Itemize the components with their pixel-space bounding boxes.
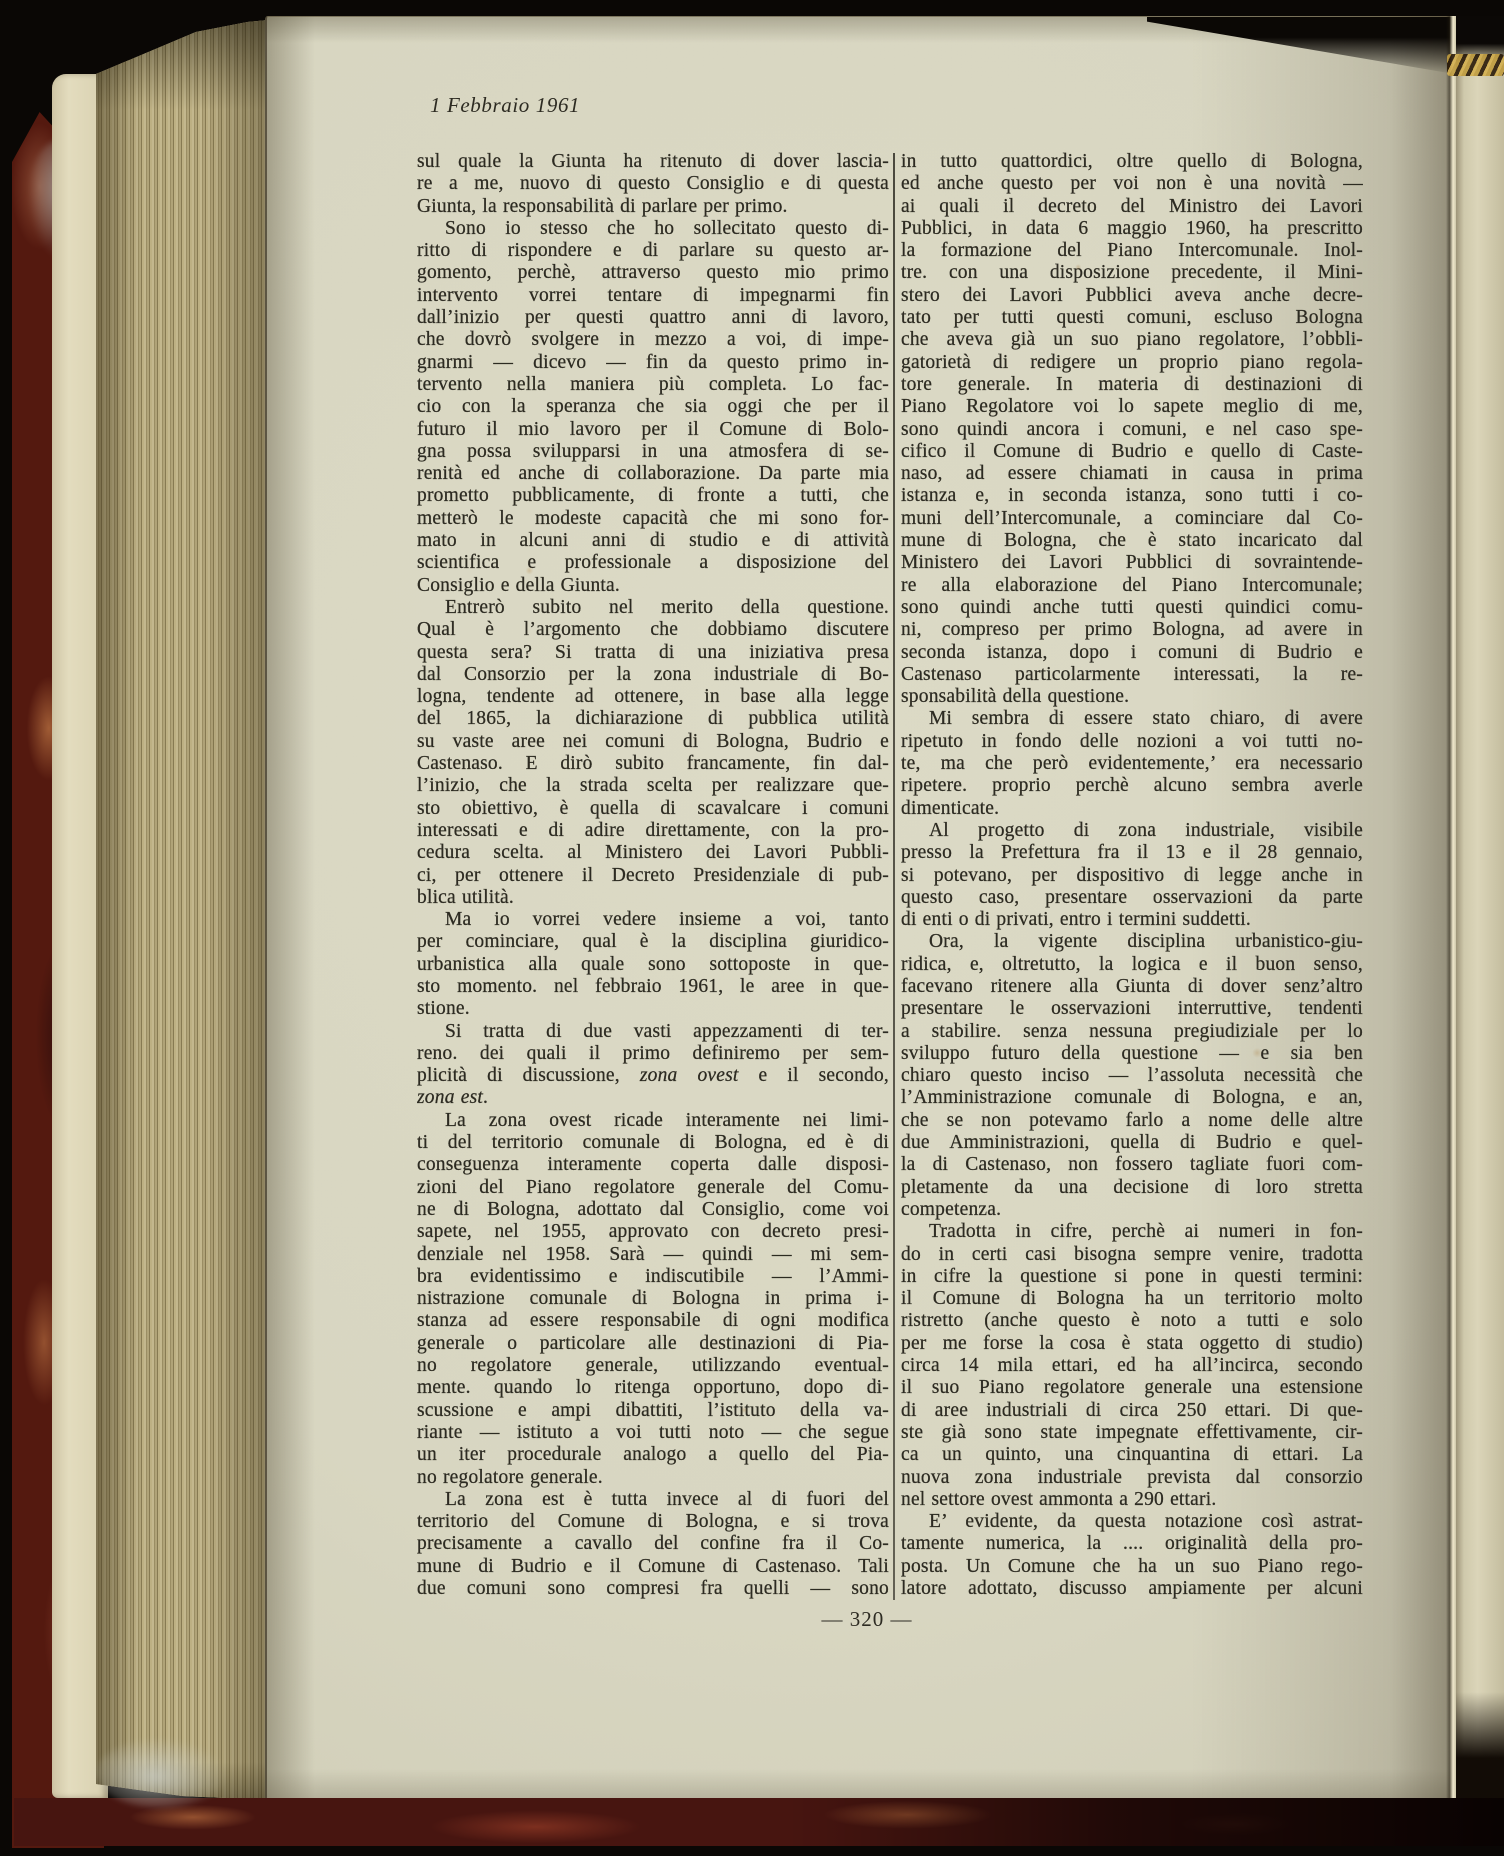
- text-line: ristretto (anche questo è noto a tutti e…: [901, 1310, 1363, 1332]
- text-line: zona est.: [417, 1087, 889, 1109]
- text-line: logna, tendente ad ottenere, in base all…: [417, 686, 889, 708]
- text-line: Si tratta di due vasti appezzamenti di t…: [417, 1021, 889, 1043]
- text-line: scussione e ampi dibattiti, l’istituto d…: [417, 1400, 889, 1422]
- text-line: Tradotta in cifre, perchè ai numeri in f…: [901, 1221, 1363, 1243]
- text-line: sul quale la Giunta ha ritenuto di dover…: [417, 151, 889, 173]
- text-line: blica utilità.: [417, 887, 889, 909]
- text-line: questa sera? Si tratta di una iniziativa…: [417, 642, 889, 664]
- text-line: Consiglio e della Giunta.: [417, 575, 889, 597]
- text-line: latore adottato, discusso ampiamente per…: [901, 1578, 1363, 1600]
- text-line: denziale nel 1958. Sarà — quindi — mi se…: [417, 1244, 889, 1266]
- text-line: plicità di discussione, zona ovest e il …: [417, 1065, 889, 1087]
- text-line: tamente numerica, la .... originalità de…: [901, 1533, 1363, 1555]
- text-line: no regolatore generale, utilizzando even…: [417, 1355, 889, 1377]
- page-top-shadow: [1147, 17, 1460, 75]
- text-line: gatorietà di redigere un proprio piano r…: [901, 352, 1363, 374]
- text-line: Pubblici, in data 6 maggio 1960, ha pres…: [901, 218, 1363, 240]
- text-line: il suo Piano regolatore generale una est…: [901, 1377, 1363, 1399]
- text-line: Al progetto di zona industriale, visibil…: [901, 820, 1363, 842]
- page-header-date: 1 Febbraio 1961: [430, 93, 580, 118]
- text-line: Entrerò subito nel merito della question…: [417, 597, 889, 619]
- text-line: zioni del Piano regolatore generale del …: [417, 1177, 889, 1199]
- text-line: chiaro questo inciso — l’assoluta necess…: [901, 1065, 1363, 1087]
- text-line: metterò le modeste capacità che mi sono …: [417, 508, 889, 530]
- text-line: l’Amministrazione comunale di Bologna, e…: [901, 1087, 1363, 1109]
- text-line: ti del territorio comunale di Bologna, e…: [417, 1132, 889, 1154]
- text-line: cio con la speranza che sia oggi che per…: [417, 396, 889, 418]
- text-line: in tutto quattordici, oltre quello di Bo…: [901, 151, 1363, 173]
- text-line: la formazione del Piano Intercomunale. I…: [901, 240, 1363, 262]
- text-line: posta. Un Comune che ha un suo Piano reg…: [901, 1556, 1363, 1578]
- text-line: naso, ad essere chiamati in causa in pri…: [901, 463, 1363, 485]
- text-line: ni, compreso per primo Bologna, ad avere…: [901, 619, 1363, 641]
- facing-page-edge: [1456, 16, 1504, 1802]
- text-line: su vaste aree nei comuni di Bologna, Bud…: [417, 731, 889, 753]
- text-line: Giunta, la responsabilità di parlare per…: [417, 196, 889, 218]
- text-line: Castenaso. E dirò subito francamente, fi…: [417, 753, 889, 775]
- text-line: mune di Bologna, che è stato incaricato …: [901, 530, 1363, 552]
- text-line: stero dei Lavori Pubblici aveva anche de…: [901, 285, 1363, 307]
- text-line: competenza.: [901, 1199, 1363, 1221]
- text-line: circa 14 mila ettari, ed ha all’incirca,…: [901, 1355, 1363, 1377]
- text-line: sponsabilità della questione.: [901, 686, 1363, 708]
- text-line: ridica, e, oltretutto, la logica e il bu…: [901, 954, 1363, 976]
- text-line: ritto di rispondere e di parlare su ques…: [417, 240, 889, 262]
- text-line: cifico il Comune di Budrio e quello di C…: [901, 441, 1363, 463]
- text-line: facevano ritenere alla Giunta di dover s…: [901, 976, 1363, 998]
- text-line: stione.: [417, 998, 889, 1020]
- text-line: no regolatore generale.: [417, 1467, 889, 1489]
- text-column-right: in tutto quattordici, oltre quello di Bo…: [901, 151, 1363, 1600]
- text-line: precisamente a cavallo del confine fra i…: [417, 1533, 889, 1555]
- text-line: che dovrò svolgere in mezzo a voi, di im…: [417, 329, 889, 351]
- text-line: tato per tutti questi comuni, escluso Bo…: [901, 307, 1363, 329]
- text-line: ripetuto in fondo delle nozioni a voi tu…: [901, 731, 1363, 753]
- text-line: sto momento. nel febbraio 1961, le aree …: [417, 976, 889, 998]
- text-line: re a me, nuovo di questo Consiglio e di …: [417, 173, 889, 195]
- gutter-bottom-shadow: [1456, 1692, 1504, 1802]
- text-line: E’ evidente, da questa notazione così as…: [901, 1511, 1363, 1533]
- text-line: istanza e, in seconda istanza, sono tutt…: [901, 485, 1363, 507]
- text-line: Piano Regolatore voi lo sapete meglio di…: [901, 396, 1363, 418]
- book-page: 1 Febbraio 1961 sul quale la Giunta ha r…: [265, 16, 1460, 1805]
- text-line: in cifre la questione si pone in questi …: [901, 1266, 1363, 1288]
- text-line: prometto pubblicamente, di fronte a tutt…: [417, 485, 889, 507]
- text-line: Ministero dei Lavori Pubblici di sovrain…: [901, 552, 1363, 574]
- text-line: renità ed anche di collaborazione. Da pa…: [417, 463, 889, 485]
- text-line: urbanistica alla quale sono sottoposte i…: [417, 954, 889, 976]
- text-line: futuro il mio lavoro per il Comune di Bo…: [417, 419, 889, 441]
- text-line: conseguenza interamente coperta dalle di…: [417, 1154, 889, 1176]
- text-line: territorio del Comune di Bologna, e si t…: [417, 1511, 889, 1533]
- text-line: sapete, nel 1955, approvato con decreto …: [417, 1221, 889, 1243]
- text-line: di aree industriali di circa 250 ettari.…: [901, 1400, 1363, 1422]
- text-line: generale o particolare alle destinazioni…: [417, 1333, 889, 1355]
- text-line: La zona est è tutta invece al di fuori d…: [417, 1489, 889, 1511]
- text-line: il Comune di Bologna ha un territorio mo…: [901, 1288, 1363, 1310]
- text-line: gnarmi — dicevo — fin da questo primo in…: [417, 352, 889, 374]
- text-line: dall’inizio per questi quattro anni di l…: [417, 307, 889, 329]
- text-line: reno. dei quali il primo definiremo per …: [417, 1043, 889, 1065]
- text-line: te, ma che però evidentemente,’ era nece…: [901, 753, 1363, 775]
- page-number: — 320 —: [787, 1607, 947, 1632]
- text-line: intervento vorrei tentare di impegnarmi …: [417, 285, 889, 307]
- text-line: due Amministrazioni, quella di Budrio e …: [901, 1132, 1363, 1154]
- text-line: che aveva già un suo piano regolatore, l…: [901, 329, 1363, 351]
- text-line: dal Consorzio per la zona industriale di…: [417, 664, 889, 686]
- text-line: presso la Prefettura fra il 13 e il 28 g…: [901, 842, 1363, 864]
- book-photo: 1 Febbraio 1961 sul quale la Giunta ha r…: [0, 0, 1504, 1856]
- text-line: ca un quinto, una cinquantina di ettari.…: [901, 1444, 1363, 1466]
- text-line: di enti o di privati, entro i termini su…: [901, 909, 1363, 931]
- gutter-crease: [1446, 16, 1456, 1802]
- text-line: l’inizio, che la strada scelta per reali…: [417, 775, 889, 797]
- text-line: che se non potevamo farlo a nome delle a…: [901, 1110, 1363, 1132]
- text-line: ed anche questo per voi non è una novità…: [901, 173, 1363, 195]
- text-line: Sono io stesso che ho sollecitato questo…: [417, 218, 889, 240]
- text-line: Qual è l’argomento che dobbiamo discuter…: [417, 619, 889, 641]
- text-line: dimenticate.: [901, 798, 1363, 820]
- text-line: tore generale. In materia di destinazion…: [901, 374, 1363, 396]
- text-line: scientifica e professionale a disposizio…: [417, 552, 889, 574]
- text-line: nuova zona industriale prevista dal cons…: [901, 1467, 1363, 1489]
- text-line: muni dell’Intercomunale, a cominciare da…: [901, 508, 1363, 530]
- text-line: presentare le osservazioni interruttive,…: [901, 998, 1363, 1020]
- text-line: Ora, la vigente disciplina urbanistico-g…: [901, 931, 1363, 953]
- text-line: sto obiettivo, è quella di scavalcare i …: [417, 798, 889, 820]
- text-line: ai quali il decreto del Ministro dei Lav…: [901, 196, 1363, 218]
- text-line: la di Castenaso, non fossero tagliate fu…: [901, 1154, 1363, 1176]
- text-line: per cominciare, qual è la disciplina giu…: [417, 931, 889, 953]
- text-line: gomento, perchè, attraverso questo mio p…: [417, 262, 889, 284]
- text-line: ste già sono state impegnate effettivame…: [901, 1422, 1363, 1444]
- text-line: ne di Bologna, adottato dal Consiglio, c…: [417, 1199, 889, 1221]
- text-line: Castenaso particolarmente interessati, l…: [901, 664, 1363, 686]
- text-line: due comuni sono compresi fra quelli — so…: [417, 1578, 889, 1600]
- book-cover-bottom: [14, 1798, 1504, 1846]
- text-line: nistrazione comunale di Bologna in prima…: [417, 1288, 889, 1310]
- text-line: un iter procedurale analogo a quello del…: [417, 1444, 889, 1466]
- text-line: ci, per ottenere il Decreto Presidenzial…: [417, 865, 889, 887]
- text-line: per me forse la cosa è stata oggetto di …: [901, 1333, 1363, 1355]
- text-line: questo caso, presentare osservazioni da …: [901, 887, 1363, 909]
- text-line: mato in alcuni anni di studio e di attiv…: [417, 530, 889, 552]
- text-line: mune di Budrio e il Comune di Castenaso.…: [417, 1556, 889, 1578]
- text-line: stanza ad essere responsabile di ogni mo…: [417, 1310, 889, 1332]
- text-line: pletamente da una decisione di loro stre…: [901, 1177, 1363, 1199]
- text-line: cedura scelta. al Ministero dei Lavori P…: [417, 842, 889, 864]
- column-divider: [893, 153, 895, 1600]
- text-line: gna possa svilupparsi in una atmosfera d…: [417, 441, 889, 463]
- text-line: ripetere. proprio perchè alcuno sembra a…: [901, 775, 1363, 797]
- text-line: a stabilire. senza nessuna pregiudiziale…: [901, 1021, 1363, 1043]
- text-line: Mi sembra di essere stato chiaro, di ave…: [901, 708, 1363, 730]
- text-line: nel settore ovest ammonta a 290 ettari.: [901, 1489, 1363, 1511]
- text-line: do in certi casi bisogna sempre venire, …: [901, 1244, 1363, 1266]
- text-line: riante — istituto a voi tutti noto — che…: [417, 1422, 889, 1444]
- text-line: tre. con una disposizione precedente, il…: [901, 262, 1363, 284]
- paper-fiber-tuft-bottom: [96, 1738, 226, 1808]
- text-line: mente. quando lo ritenga opportuno, dopo…: [417, 1377, 889, 1399]
- text-line: re alla elaborazione del Piano Intercomu…: [901, 575, 1363, 597]
- text-line: seconda istanza, dopo i comuni di Budrio…: [901, 642, 1363, 664]
- headband: [1447, 54, 1504, 76]
- text-line: bra evidentissimo e indiscutibile — l’Am…: [417, 1266, 889, 1288]
- text-line: Ma io vorrei vedere insieme a voi, tanto: [417, 909, 889, 931]
- page-stack-edge: [96, 20, 268, 1802]
- text-line: sviluppo futuro della questione — e sia …: [901, 1043, 1363, 1065]
- text-line: del 1865, la dichiarazione di pubblica u…: [417, 708, 889, 730]
- text-line: La zona ovest ricade interamente nei lim…: [417, 1110, 889, 1132]
- text-line: tervento nella maniera più completa. Lo …: [417, 374, 889, 396]
- text-line: sono quindi anche tutti questi quindici …: [901, 597, 1363, 619]
- text-column-left: sul quale la Giunta ha ritenuto di dover…: [417, 151, 889, 1600]
- text-line: sono quindi ancora i comuni, e nel caso …: [901, 419, 1363, 441]
- text-line: si potevano, per dispositivo di legge an…: [901, 865, 1363, 887]
- text-line: interessati e di adire direttamente, con…: [417, 820, 889, 842]
